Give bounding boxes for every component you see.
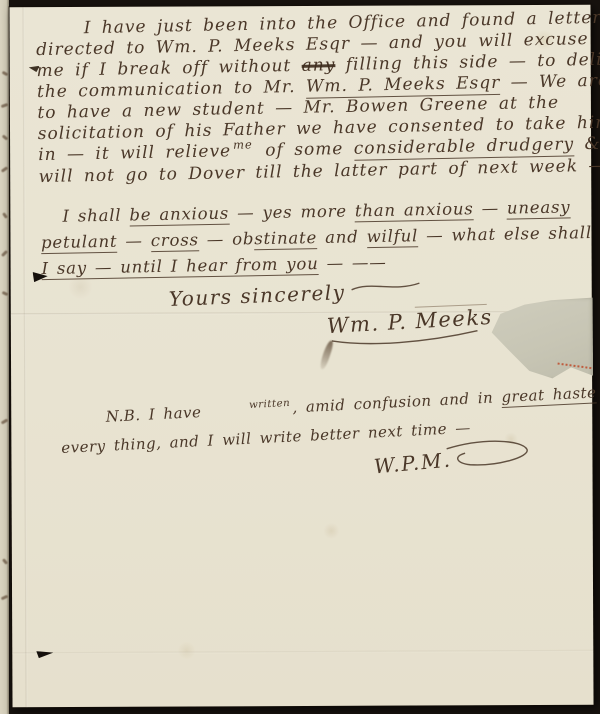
initials-flourish-icon <box>444 435 532 473</box>
letter-text-segment: great haste <box>501 383 597 408</box>
edge-ink-fragment <box>1 595 9 601</box>
letter-body-paragraph-2: I shall be anxious — yes more than anxio… <box>40 194 588 282</box>
letter-text-segment: , amid confusion and in <box>292 388 502 416</box>
letter-text-segment: — what else shall <box>418 223 592 245</box>
valediction: Yours sincerely <box>168 277 421 311</box>
paper-hole <box>36 648 53 658</box>
edge-ink-fragment <box>2 212 8 219</box>
edge-ink-fragment <box>2 134 9 140</box>
letter-text-segment: — <box>473 199 507 219</box>
letter-text-segment: N.B. I have <box>105 403 201 426</box>
edge-ink-fragment <box>2 291 9 296</box>
signature: Wm. P. Meeks <box>326 305 493 338</box>
adjacent-page-edge <box>0 0 9 714</box>
letter-text-segment: in — it will relieve <box>38 141 231 165</box>
edge-ink-fragment <box>1 418 9 424</box>
letter-text-segment: written <box>202 390 290 421</box>
edge-ink-fragment <box>1 250 8 257</box>
letter-text-segment: — —— <box>318 253 386 273</box>
vertical-fold-crease <box>22 7 27 707</box>
letter-text-segment: — yes more <box>229 201 355 222</box>
letter-text-segment: — We are <box>500 71 600 93</box>
letter-text-segment: uneasy <box>507 197 571 219</box>
edge-ink-fragment <box>1 166 8 172</box>
letter-text-segment: I shall <box>62 206 129 226</box>
letter-paper: I have just been into the Office and fou… <box>9 5 593 708</box>
ink-smudge <box>319 340 335 371</box>
letter-text-segment: me <box>233 134 253 155</box>
letter-text-segment: than anxious <box>355 199 474 222</box>
edge-ink-fragment <box>1 103 9 108</box>
horizontal-fold-crease <box>12 650 593 655</box>
letter-text-segment: petulant <box>41 232 118 254</box>
letter-body-paragraph-1: I have just been into the Office and fou… <box>36 8 586 188</box>
letter-text-segment: — ob <box>199 229 255 249</box>
letter-text-segment: of some <box>255 139 354 161</box>
letter-text-segment: wilful <box>366 226 418 248</box>
letter-text-segment: stinate <box>254 228 317 250</box>
letter-text-segment: I say — until I hear from you <box>41 254 318 280</box>
valediction-flourish-icon <box>349 278 421 295</box>
letter-text-segment: &c. — I <box>574 133 600 155</box>
edge-ink-fragment <box>2 71 9 77</box>
letter-text-segment: cross <box>151 230 199 252</box>
scanned-letter-page: { "colors":{ "paper":"#e8e3d1", "ink":"#… <box>0 0 600 714</box>
letter-text-segment: and <box>317 227 367 247</box>
letter-text-segment: — <box>117 231 151 251</box>
letter-text-segment: be anxious <box>129 204 229 227</box>
letter-text-segment: any <box>301 55 335 76</box>
letter-text-segment: — excuse <box>596 379 600 401</box>
initials-text: W.P.M. <box>373 447 453 478</box>
edge-ink-fragment <box>2 558 8 565</box>
valediction-text: Yours sincerely <box>168 280 346 311</box>
